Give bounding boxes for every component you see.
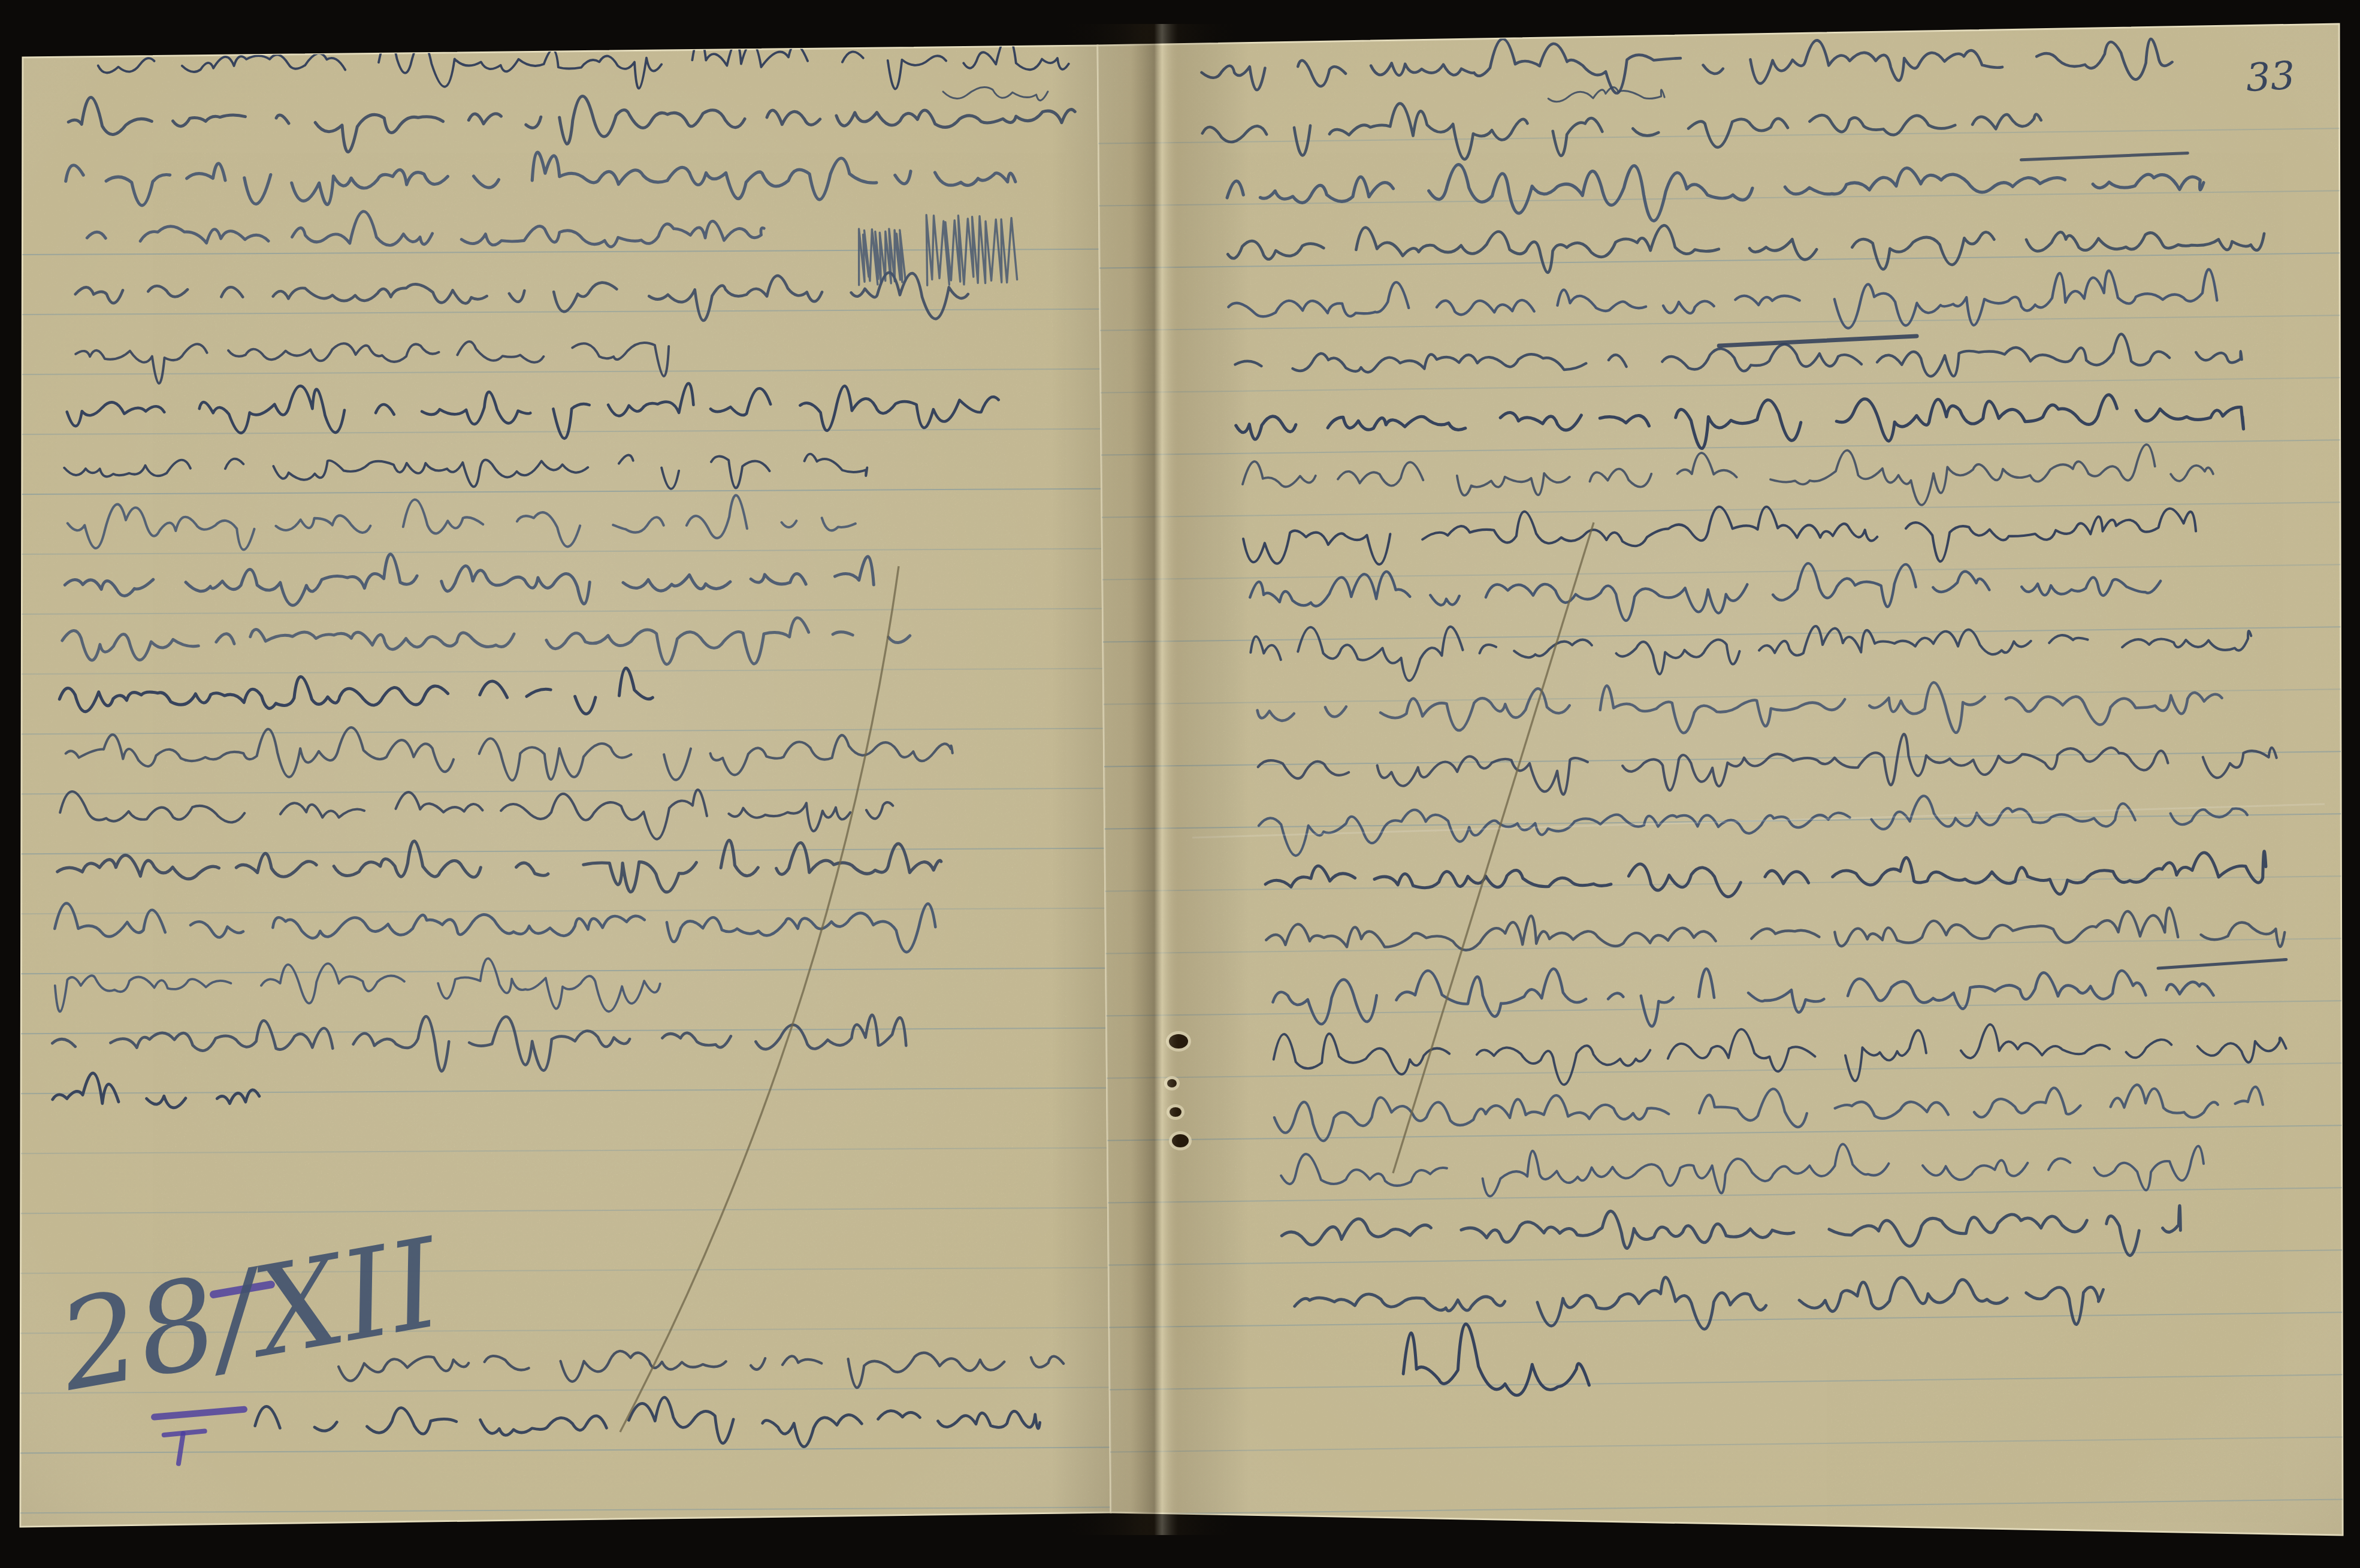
notebook-spread: 28/XII 33	[0, 0, 2360, 1568]
gutter-fold-shadow	[1051, 24, 1249, 1535]
scan-stage: 28/XII 33	[0, 0, 2360, 1568]
page-number: 33	[2245, 54, 2296, 101]
